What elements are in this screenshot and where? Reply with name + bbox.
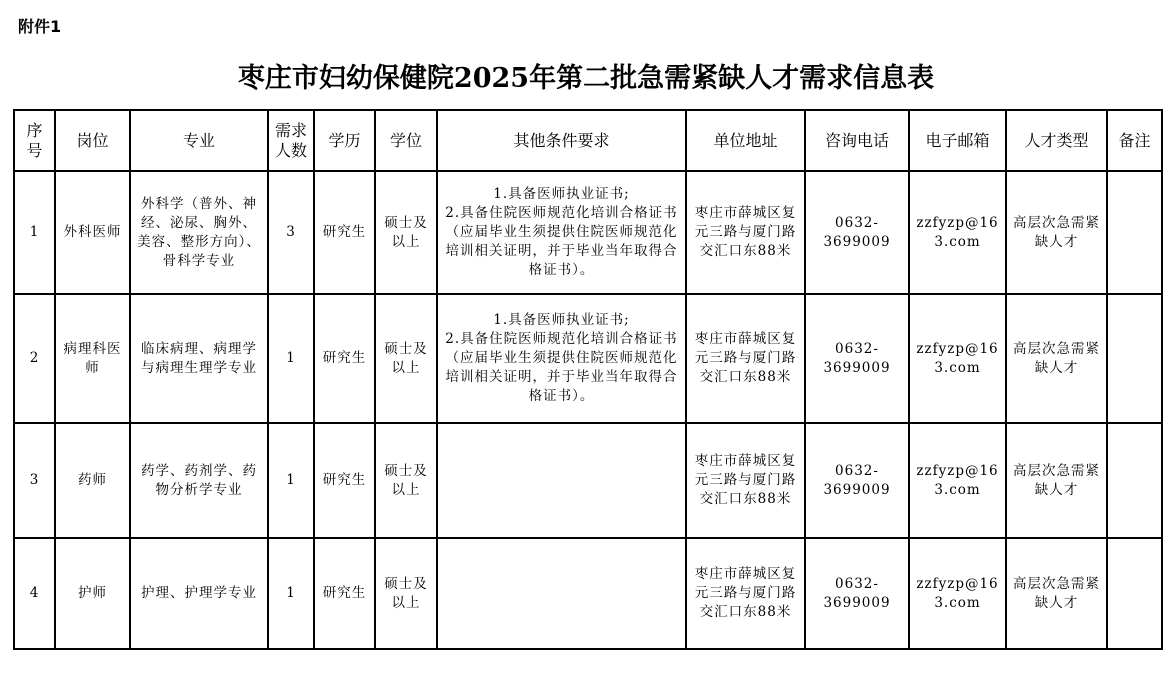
- header-phone: 咨询电话: [805, 110, 909, 171]
- header-requirements: 其他条件要求: [437, 110, 686, 171]
- cell-degree: 硕士及以上: [375, 294, 437, 423]
- cell-phone: 0632-3699009: [805, 538, 909, 649]
- header-position: 岗位: [55, 110, 130, 171]
- cell-phone: 0632-3699009: [805, 423, 909, 538]
- cell-email: zzfyzp@163.com: [909, 423, 1006, 538]
- cell-requirements: 1.具备医师执业证书; 2.具备住院医师规范化培训合格证书（应届毕业生须提供住院…: [437, 171, 686, 294]
- cell-major: 临床病理、病理学与病理生理学专业: [130, 294, 268, 423]
- cell-education: 研究生: [314, 294, 375, 423]
- cell-count: 1: [268, 294, 314, 423]
- cell-requirements: [437, 538, 686, 649]
- table-row: 2 病理科医师 临床病理、病理学与病理生理学专业 1 研究生 硕士及以上 1.具…: [14, 294, 1162, 423]
- cell-talent-type: 高层次急需紧缺人才: [1006, 294, 1107, 423]
- header-seq: 序号: [14, 110, 55, 171]
- cell-position: 药师: [55, 423, 130, 538]
- cell-degree: 硕士及以上: [375, 171, 437, 294]
- header-count-line2: 人数: [273, 141, 309, 161]
- cell-major: 外科学（普外、神经、泌尿、胸外、美容、整形方向）、骨科学专业: [130, 171, 268, 294]
- cell-count: 3: [268, 171, 314, 294]
- cell-education: 研究生: [314, 171, 375, 294]
- cell-count: 1: [268, 538, 314, 649]
- page-title: 枣庄市妇幼保健院2025年第二批急需紧缺人才需求信息表: [0, 56, 1172, 95]
- cell-talent-type: 高层次急需紧缺人才: [1006, 538, 1107, 649]
- requirement-item: 2.具备住院医师规范化培训合格证书（应届毕业生须提供住院医师规范化培训相关证明，…: [442, 330, 681, 406]
- cell-address: 枣庄市薛城区复元三路与厦门路交汇口东88米: [686, 538, 805, 649]
- table-row: 4 护师 护理、护理学专业 1 研究生 硕士及以上 枣庄市薛城区复元三路与厦门路…: [14, 538, 1162, 649]
- cell-email: zzfyzp@163.com: [909, 294, 1006, 423]
- requirement-item: 2.具备住院医师规范化培训合格证书（应届毕业生须提供住院医师规范化培训相关证明，…: [442, 204, 681, 280]
- cell-remarks: [1107, 423, 1162, 538]
- cell-seq: 2: [14, 294, 55, 423]
- cell-requirements: [437, 423, 686, 538]
- cell-email: zzfyzp@163.com: [909, 538, 1006, 649]
- cell-seq: 3: [14, 423, 55, 538]
- cell-requirements: 1.具备医师执业证书; 2.具备住院医师规范化培训合格证书（应届毕业生须提供住院…: [437, 294, 686, 423]
- header-count: 需求 人数: [268, 110, 314, 171]
- cell-address: 枣庄市薛城区复元三路与厦门路交汇口东88米: [686, 294, 805, 423]
- attachment-label: 附件1: [18, 14, 61, 37]
- header-talent-type: 人才类型: [1006, 110, 1107, 171]
- header-email: 电子邮箱: [909, 110, 1006, 171]
- cell-education: 研究生: [314, 538, 375, 649]
- cell-major: 药学、药剂学、药物分析学专业: [130, 423, 268, 538]
- header-address: 单位地址: [686, 110, 805, 171]
- cell-education: 研究生: [314, 423, 375, 538]
- header-count-line1: 需求: [273, 121, 309, 141]
- cell-degree: 硕士及以上: [375, 538, 437, 649]
- cell-position: 外科医师: [55, 171, 130, 294]
- cell-address: 枣庄市薛城区复元三路与厦门路交汇口东88米: [686, 171, 805, 294]
- table-row: 3 药师 药学、药剂学、药物分析学专业 1 研究生 硕士及以上 枣庄市薛城区复元…: [14, 423, 1162, 538]
- header-degree: 学位: [375, 110, 437, 171]
- cell-position: 病理科医师: [55, 294, 130, 423]
- cell-degree: 硕士及以上: [375, 423, 437, 538]
- cell-count: 1: [268, 423, 314, 538]
- requirement-item: 1.具备医师执业证书;: [442, 185, 681, 204]
- header-education: 学历: [314, 110, 375, 171]
- cell-position: 护师: [55, 538, 130, 649]
- header-row: 序号 岗位 专业 需求 人数 学历 学位 其他条件要求 单位地址 咨询电话 电子…: [14, 110, 1162, 171]
- cell-address: 枣庄市薛城区复元三路与厦门路交汇口东88米: [686, 423, 805, 538]
- cell-remarks: [1107, 171, 1162, 294]
- cell-phone: 0632-3699009: [805, 294, 909, 423]
- requirement-item: 1.具备医师执业证书;: [442, 311, 681, 330]
- header-remarks: 备注: [1107, 110, 1162, 171]
- cell-talent-type: 高层次急需紧缺人才: [1006, 171, 1107, 294]
- cell-seq: 1: [14, 171, 55, 294]
- talent-demand-table: 序号 岗位 专业 需求 人数 学历 学位 其他条件要求 单位地址 咨询电话 电子…: [13, 109, 1163, 650]
- table-row: 1 外科医师 外科学（普外、神经、泌尿、胸外、美容、整形方向）、骨科学专业 3 …: [14, 171, 1162, 294]
- cell-remarks: [1107, 538, 1162, 649]
- cell-seq: 4: [14, 538, 55, 649]
- cell-phone: 0632-3699009: [805, 171, 909, 294]
- cell-remarks: [1107, 294, 1162, 423]
- cell-talent-type: 高层次急需紧缺人才: [1006, 423, 1107, 538]
- header-major: 专业: [130, 110, 268, 171]
- cell-email: zzfyzp@163.com: [909, 171, 1006, 294]
- cell-major: 护理、护理学专业: [130, 538, 268, 649]
